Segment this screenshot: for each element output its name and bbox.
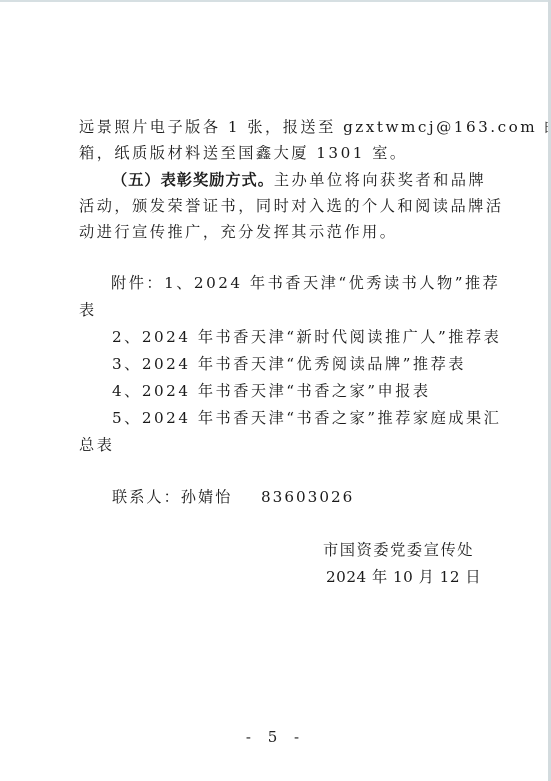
signature-date: 2024 年 10 月 12 日 (326, 568, 481, 586)
section-five-line-1-text: 主办单位将向获奖者和品牌 (274, 171, 486, 189)
attachment-item-1: 附件：1、2024 年书香天津“优秀读书人物”推荐 (111, 274, 503, 292)
attachment-item-2: 2、2024 年书香天津“新时代阅读推广人”推荐表 (112, 328, 472, 346)
body-line-2: 箱，纸质版材料送至国鑫大厦 1301 室。 (79, 144, 471, 162)
attachment-item-5-wrap: 总表 (79, 436, 471, 454)
attachment-item-4: 4、2024 年书香天津“书香之家”申报表 (112, 382, 472, 400)
signature-organization: 市国资委党委宣传处 (323, 541, 474, 559)
page-top-border (0, 0, 551, 2)
attachment-item-3: 3、2024 年书香天津“优秀阅读品牌”推荐表 (112, 355, 472, 373)
section-five-heading: （五）表彰奖励方式。 (112, 171, 274, 189)
contact-phone: 83603026 (261, 488, 354, 506)
attachment-item-1-wrap: 表 (79, 301, 471, 319)
attachment-item-1-text: 1、2024 年书香天津“优秀读书人物”推荐 (164, 274, 500, 292)
attachments-label: 附件： (111, 274, 164, 292)
section-five-line-2: 活动，颁发荣誉证书，同时对入选的个人和阅读品牌活 (79, 197, 471, 215)
page-number: - 5 - (0, 728, 551, 746)
body-line-1: 远景照片电子版各 1 张，报送至 gzxtwmcj@163.com 邮 (79, 118, 471, 136)
section-five-line-3: 动进行宣传推广，充分发挥其示范作用。 (79, 223, 471, 241)
attachment-item-5: 5、2024 年书香天津“书香之家”推荐家庭成果汇 (112, 409, 472, 427)
contact-label: 联系人：孙婧怡 (112, 488, 232, 506)
section-five-line-1: （五）表彰奖励方式。主办单位将向获奖者和品牌 (112, 171, 504, 189)
document-page: 远景照片电子版各 1 张，报送至 gzxtwmcj@163.com 邮 箱，纸质… (0, 0, 548, 781)
